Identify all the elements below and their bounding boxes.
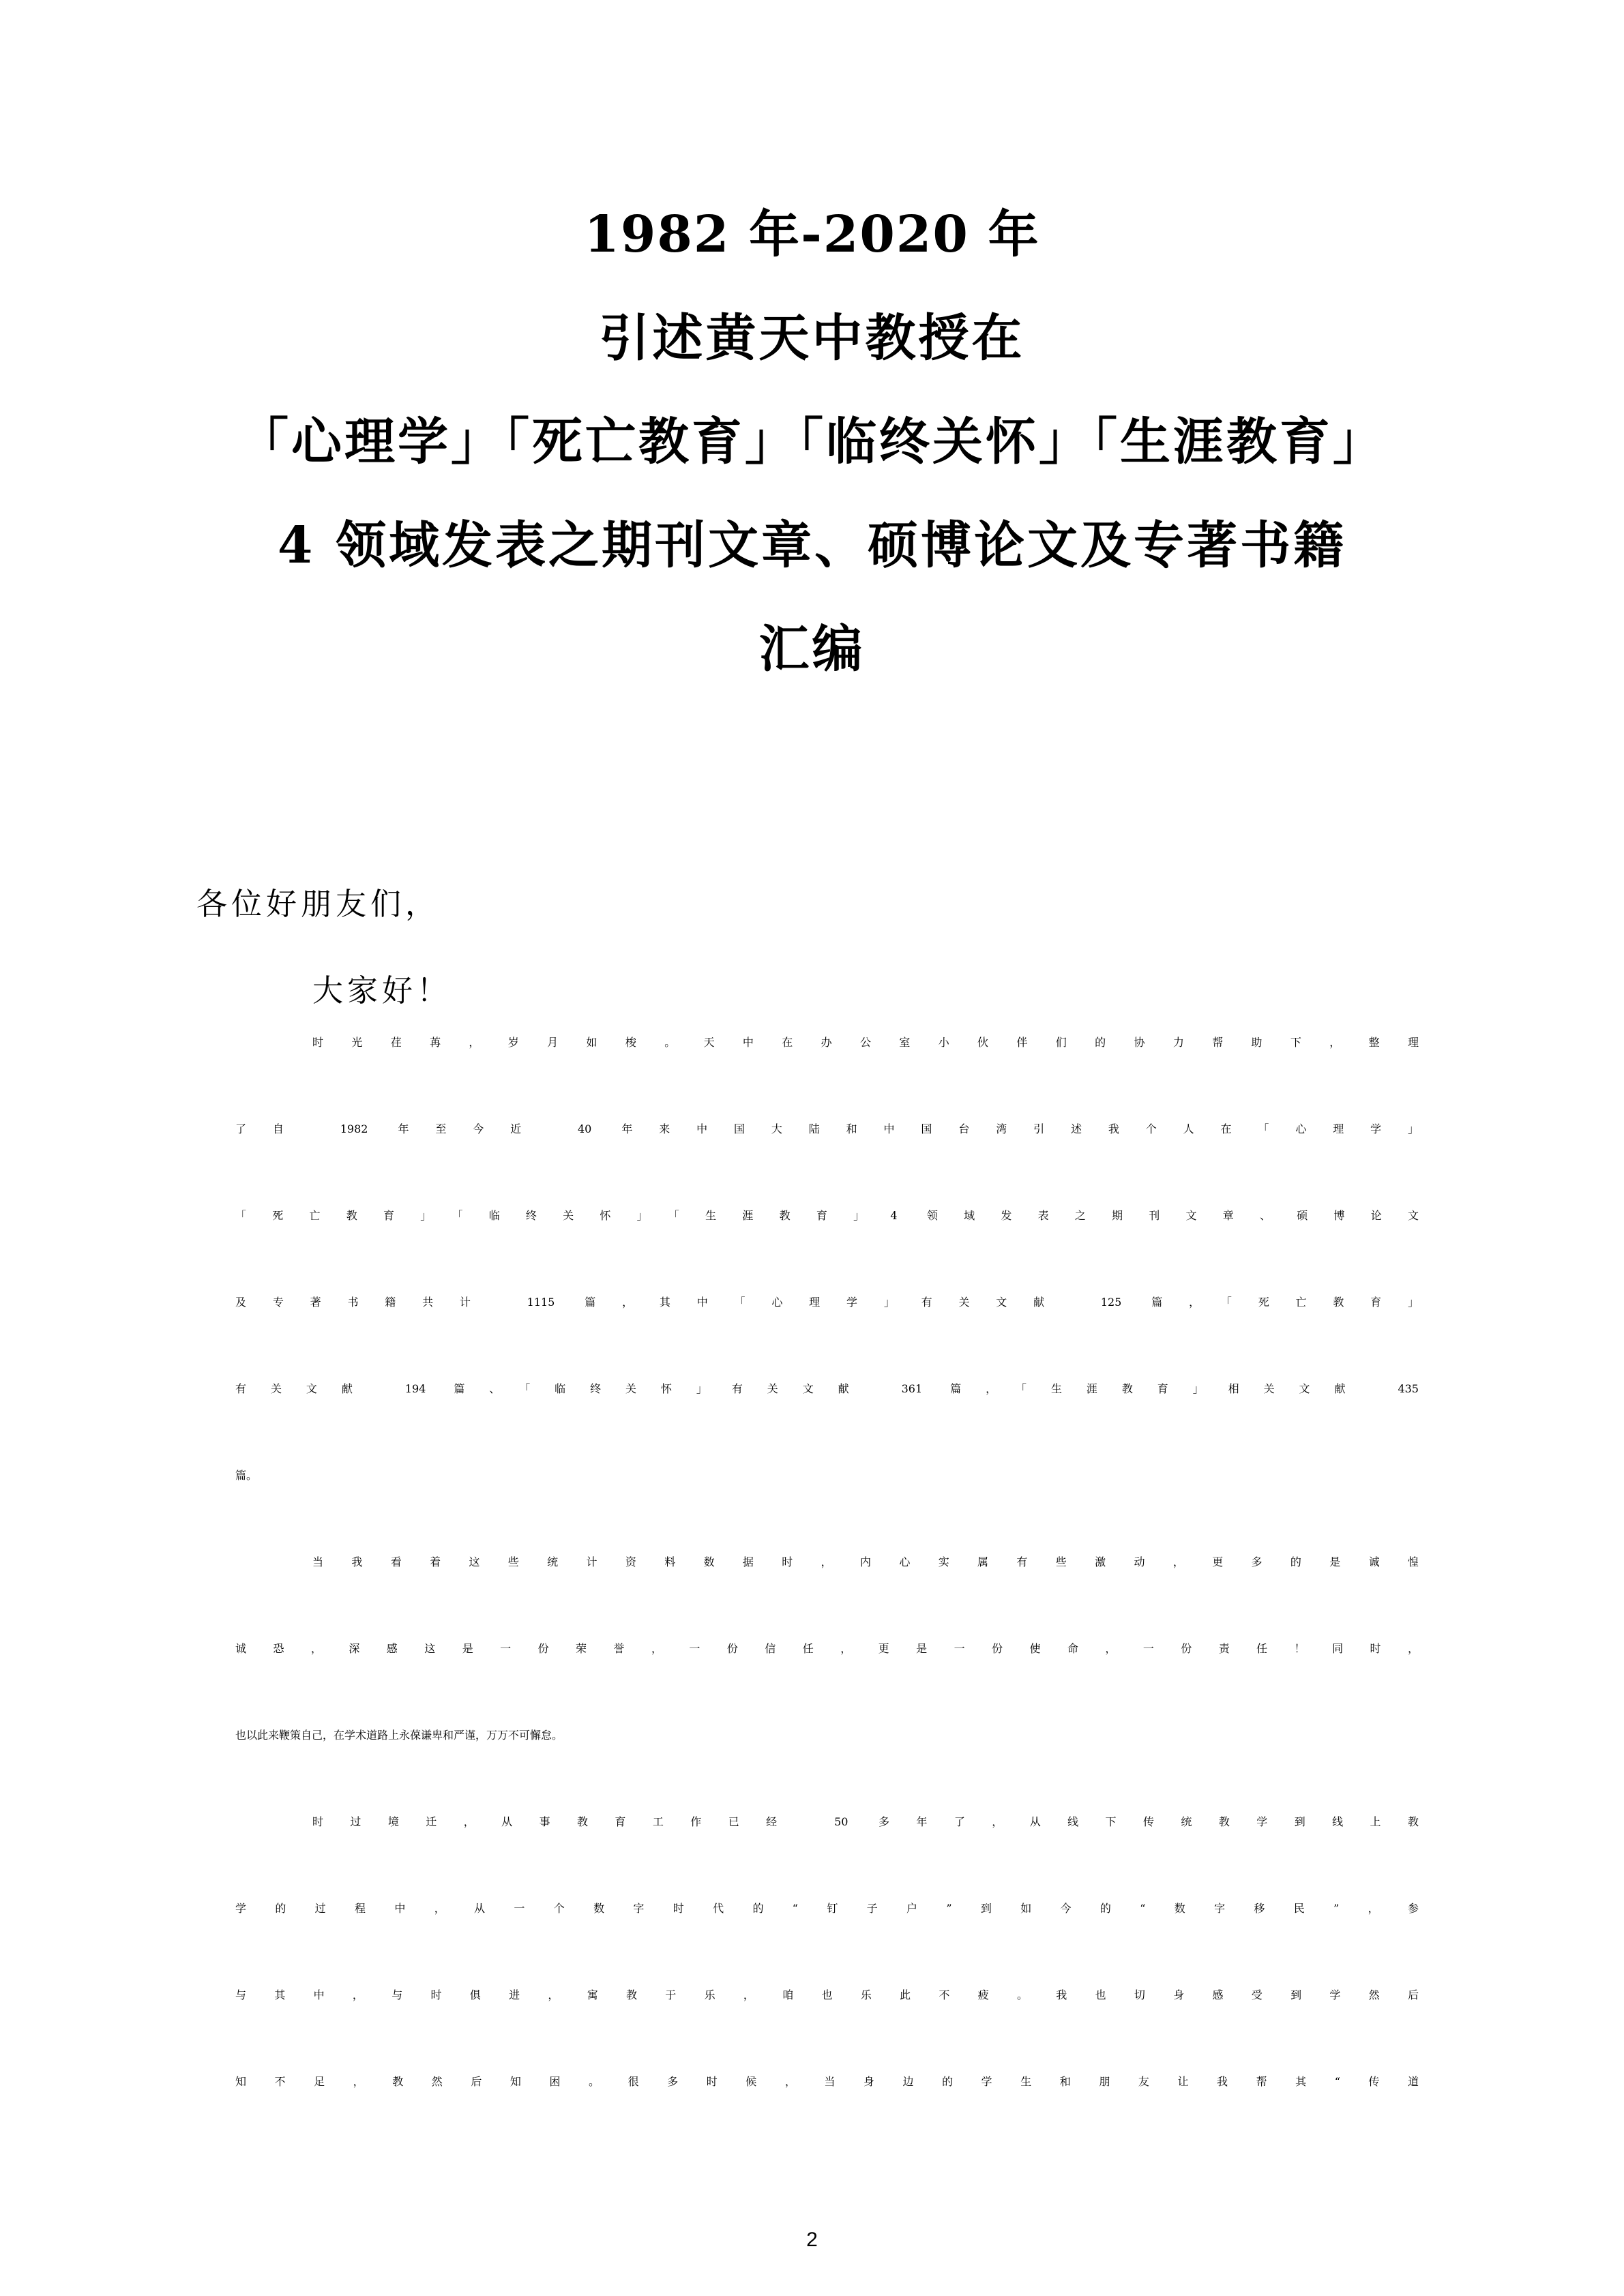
paragraph-statistics: 时光荏苒，岁月如梭。天中在办公室小伙伴们的协力帮助下，整理 了自 1982 年至…: [235, 1034, 1419, 1553]
paragraph-gratitude: 当我看着这些统计资料数据时，内心实属有些激动，更多的是诚惶 诚恐，深感这是一份荣…: [235, 1553, 1419, 1813]
salutation: 大家好！: [235, 947, 1419, 1034]
paragraph-line: 时过境迁，从事教育工作已经 50 多年了，从线下传统教学到线上教: [235, 1813, 1419, 1900]
title-line-publications: 4 领域发表之期刊文章、硕博论文及专著书籍: [0, 494, 1624, 597]
title-line-fields: 「心理学」「死亡教育」「临终关怀」「生涯教育」: [0, 390, 1624, 494]
paragraph-line: 了自 1982 年至今近 40 年来中国大陆和中国台湾引述我个人在「心理学」: [235, 1120, 1419, 1207]
title-line-subject: 引述黄天中教授在: [0, 286, 1624, 390]
page-number: 2: [0, 2228, 1624, 2252]
paragraph-line: 篇。: [235, 1467, 1419, 1553]
document-page: 1982 年-2020 年 引述黄天中教授在 「心理学」「死亡教育」「临终关怀」…: [0, 0, 1624, 2296]
paragraph-line: 及专著书籍共计 1115 篇，其中「心理学」有关文献 125 篇，「死亡教育」: [235, 1294, 1419, 1380]
paragraph-line: 诚恐，深感这是一份荣誉，一份信任，更是一份使命，一份责任！同时，: [235, 1640, 1419, 1727]
paragraph-line: 当我看着这些统计资料数据时，内心实属有些激动，更多的是诚惶: [235, 1553, 1419, 1640]
paragraph-line: 与其中，与时俱进，寓教于乐，咱也乐此不疲。我也切身感受到学然后: [235, 1986, 1419, 2073]
title-line-compilation: 汇编: [0, 597, 1624, 701]
paragraph-line: 有关文献 194 篇、「临终关怀」有关文献 361 篇，「生涯教育」相关文献 4…: [235, 1380, 1419, 1467]
paragraph-line: 「死亡教育」「临终关怀」「生涯教育」4 领域发表之期刊文章、硕博论文: [235, 1207, 1419, 1294]
greeting: 各位好朋友们，: [196, 861, 1419, 947]
paragraph-line: 知不足，教然后知困。很多时候，当身边的学生和朋友让我帮其“传道: [235, 2073, 1419, 2160]
document-title: 1982 年-2020 年 引述黄天中教授在 「心理学」「死亡教育」「临终关怀」…: [0, 183, 1624, 701]
title-line-years: 1982 年-2020 年: [0, 183, 1624, 286]
paragraph-line: 学的过程中，从一个数字时代的“钉子户”到如今的“数字移民”，参: [235, 1900, 1419, 1986]
paragraph-teaching: 时过境迁，从事教育工作已经 50 多年了，从线下传统教学到线上教 学的过程中，从…: [235, 1813, 1419, 2160]
letter-body: 各位好朋友们， 大家好！ 时光荏苒，岁月如梭。天中在办公室小伙伴们的协力帮助下，…: [235, 861, 1419, 2160]
paragraph-line: 时光荏苒，岁月如梭。天中在办公室小伙伴们的协力帮助下，整理: [235, 1034, 1419, 1120]
paragraph-line: 也以此来鞭策自己，在学术道路上永葆谦卑和严谨，万万不可懈怠。: [235, 1727, 1419, 1813]
